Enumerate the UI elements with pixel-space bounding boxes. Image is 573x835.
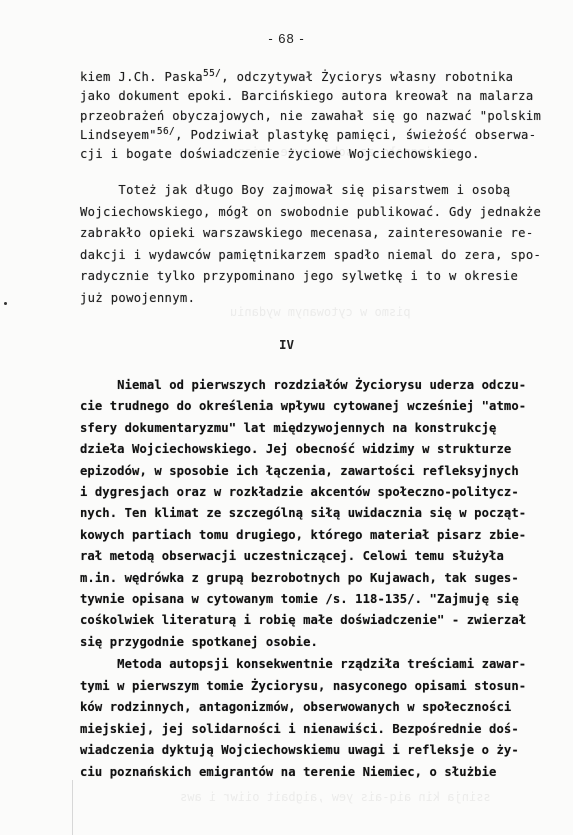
text-line: radycznie tylko przypominano jego sylwet…	[80, 269, 518, 283]
text-line: cji i bogate doświadczenie życiowe Wojci…	[80, 147, 480, 161]
text-line: epizodów, w sposobie ich łączenia, zawar…	[80, 464, 519, 478]
section-heading: IV	[0, 337, 573, 352]
text-line: jako dokument epoki. Barcińskiego autora…	[80, 89, 534, 103]
text-line: ciu poznańskich emigrantów na terenie Ni…	[80, 765, 497, 779]
text-line: cie trudnego do określenia wpływu cytowa…	[80, 399, 526, 413]
footnote-ref: 56/	[157, 126, 175, 137]
text-line: dakcji i wydawców pamiętnikarzem spadło …	[80, 248, 541, 262]
paper-crease	[72, 780, 73, 835]
text-line: miejskiej, jej solidarności i nienawiści…	[80, 722, 519, 736]
text-line: m.in. wędrówka z grupą bezrobotnych po K…	[80, 571, 519, 585]
text-line: wiadczenia dyktują Wojciechowskiemu uwag…	[80, 743, 519, 757]
text-line: rał metodą obserwacji uczestniczącej. Ce…	[80, 549, 504, 563]
text-line: ków rodzinnych, antagonizmów, obserwowan…	[80, 700, 511, 714]
text-line: nych. Ten klimat ze szczególną siłą uwid…	[80, 506, 526, 520]
text-line: Niemal od pierwszych rozdziałów Życiorys…	[80, 378, 526, 392]
footnote-ref: 55/	[203, 68, 221, 79]
text-line: cośkolwiek literaturą i robię małe doświ…	[80, 613, 526, 627]
text-line: kowych partiach tomu drugiego, którego m…	[80, 528, 526, 542]
text-line: sfery dokumentaryzmu" lat międzywojennyc…	[80, 421, 497, 435]
text-line: kiem J.Ch. Paska55/, odczytywał Życiorys…	[80, 70, 513, 84]
text-line: zabrakło opieki warszawskiego mecenasa, …	[80, 226, 534, 240]
text-line: i dygresjach oraz w rozkładzie akcentów …	[80, 485, 519, 499]
text-line: Lindseyem"56/, Podziwiał plastykę pamięc…	[80, 128, 536, 142]
text-line: Toteż jak długo Boy zajmował się pisarst…	[80, 183, 511, 197]
text-line: Wojciechowskiego, mógł on swobodnie publ…	[80, 205, 541, 219]
text-line: Metoda autopsji konsekwentnie rządziła t…	[80, 657, 526, 671]
text-line: tywnie opisana w cytowanym tomie /s. 118…	[80, 592, 519, 606]
page-number: - 68 -	[0, 31, 573, 46]
margin-mark	[4, 302, 7, 305]
text-line: się przygodnie spotkanej osobie.	[80, 635, 318, 649]
text-line: przeobrażeń obyczajowych, nie zawahał si…	[80, 109, 541, 123]
text-line: dzieła Wojciechowskiego. Jej obecność wi…	[80, 442, 511, 456]
text-line: już powojennym.	[80, 291, 195, 305]
text-line: tymi w pierwszym tomie Życiorysu, nasyco…	[80, 679, 526, 693]
